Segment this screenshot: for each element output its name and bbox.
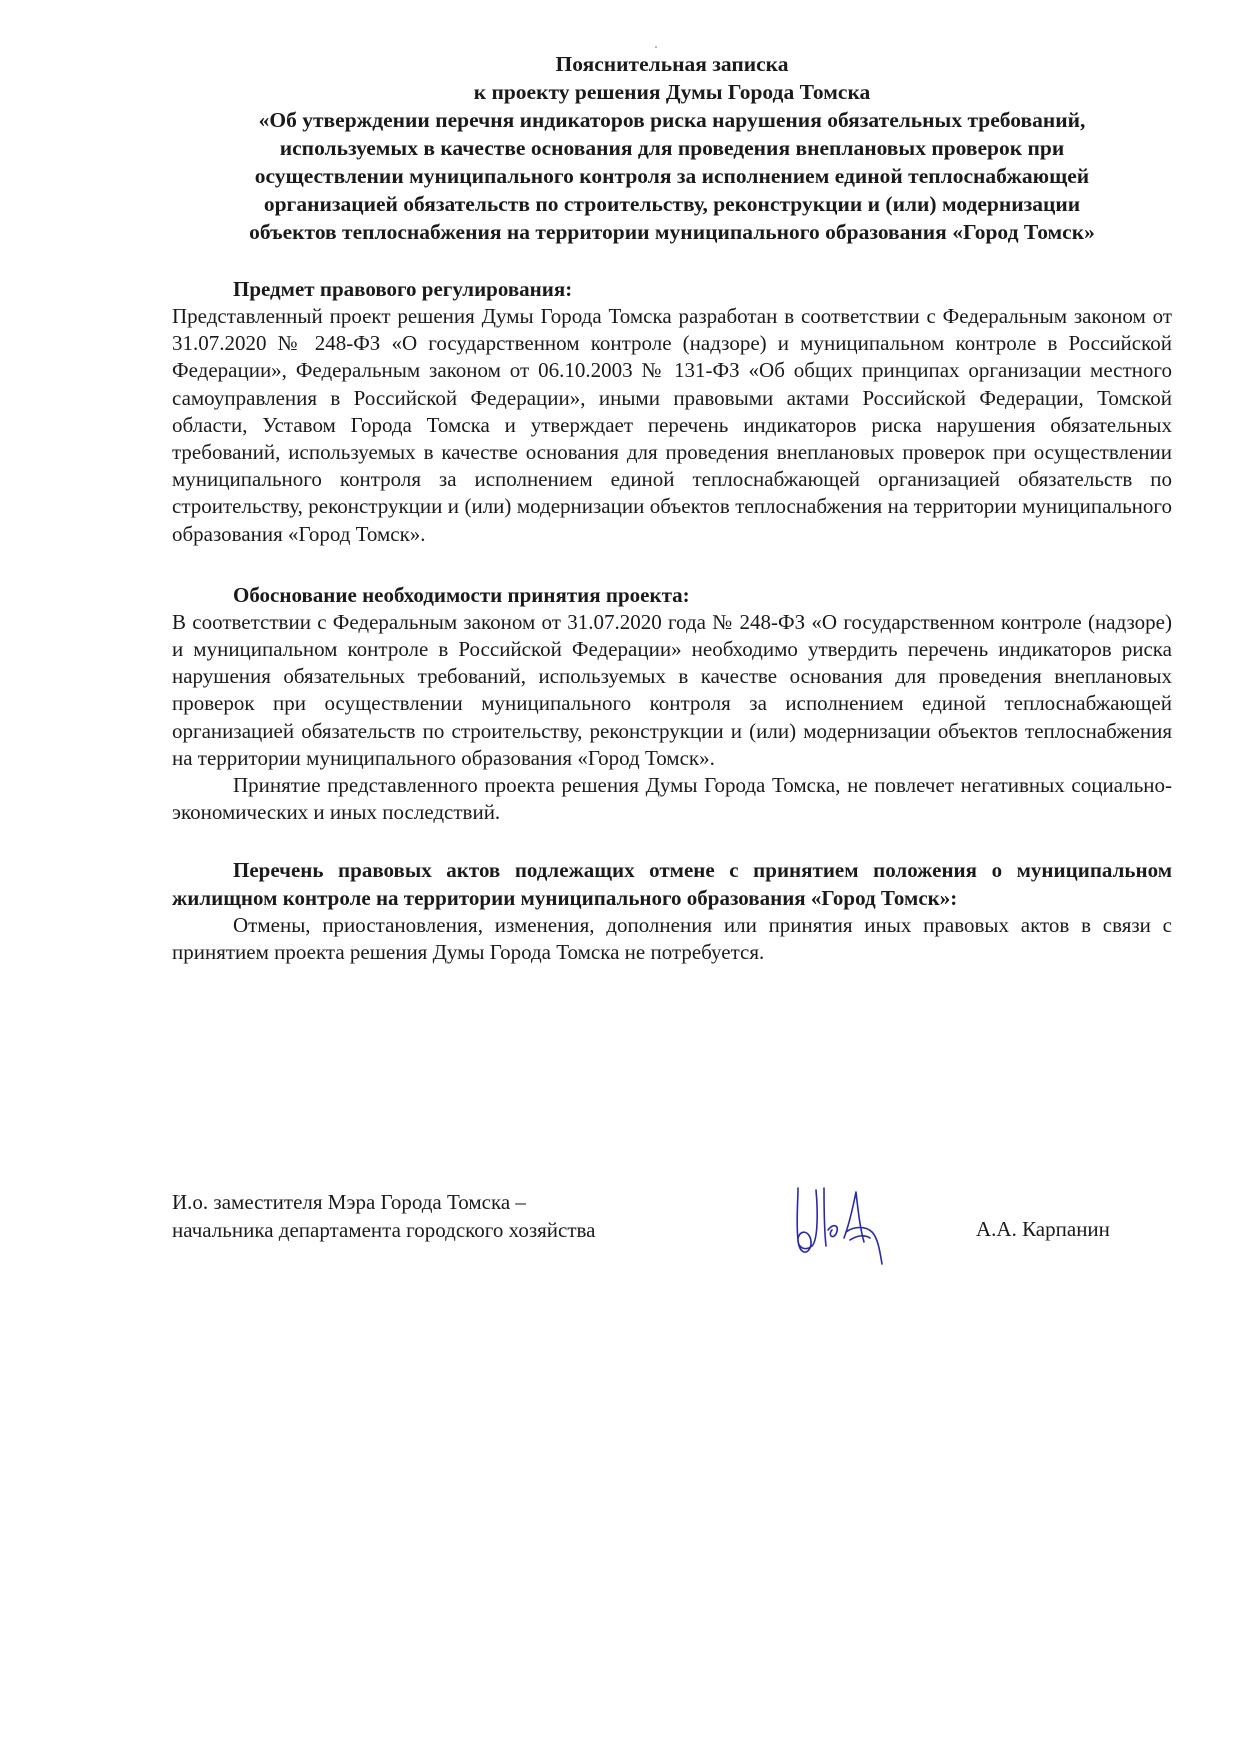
title-line: используемых в качестве основания для пр… bbox=[172, 134, 1172, 162]
handwritten-signature-icon bbox=[784, 1182, 894, 1268]
document-page: Пояснительная записка к проекту решения … bbox=[172, 50, 1172, 966]
section-paragraph: Отмены, приостановления, изменения, допо… bbox=[172, 912, 1172, 966]
title-line: организацией обязательств по строительст… bbox=[172, 190, 1172, 218]
signature-block: И.о. заместителя Мэра Города Томска – на… bbox=[172, 1188, 1172, 1288]
section-heading-acts-list: Перечень правовых актов подлежащих отмен… bbox=[172, 857, 1172, 911]
scan-speck bbox=[178, 1195, 180, 1197]
signatory-position-line: начальника департамента городского хозяй… bbox=[172, 1216, 596, 1244]
signatory-position: И.о. заместителя Мэра Города Томска – на… bbox=[172, 1188, 596, 1244]
section-paragraph: В соответствии с Федеральным законом от … bbox=[172, 609, 1172, 772]
section-heading-subject: Предмет правового регулирования: bbox=[172, 276, 1172, 303]
section-paragraph: Представленный проект решения Думы Город… bbox=[172, 303, 1172, 548]
title-line: осуществлении муниципального контроля за… bbox=[172, 162, 1172, 190]
section-paragraph: Принятие представленного проекта решения… bbox=[172, 772, 1172, 826]
signatory-name: А.А. Карпанин bbox=[976, 1215, 1110, 1243]
document-title: Пояснительная записка к проекту решения … bbox=[172, 50, 1172, 246]
title-line: «Об утверждении перечня индикаторов риск… bbox=[172, 106, 1172, 134]
signatory-position-line: И.о. заместителя Мэра Города Томска – bbox=[172, 1188, 596, 1216]
section-heading-justification: Обоснование необходимости принятия проек… bbox=[172, 582, 1172, 609]
title-line: Пояснительная записка bbox=[172, 50, 1172, 78]
title-line: объектов теплоснабжения на территории му… bbox=[172, 218, 1172, 246]
scan-speck bbox=[655, 46, 657, 48]
title-line: к проекту решения Думы Города Томска bbox=[172, 78, 1172, 106]
